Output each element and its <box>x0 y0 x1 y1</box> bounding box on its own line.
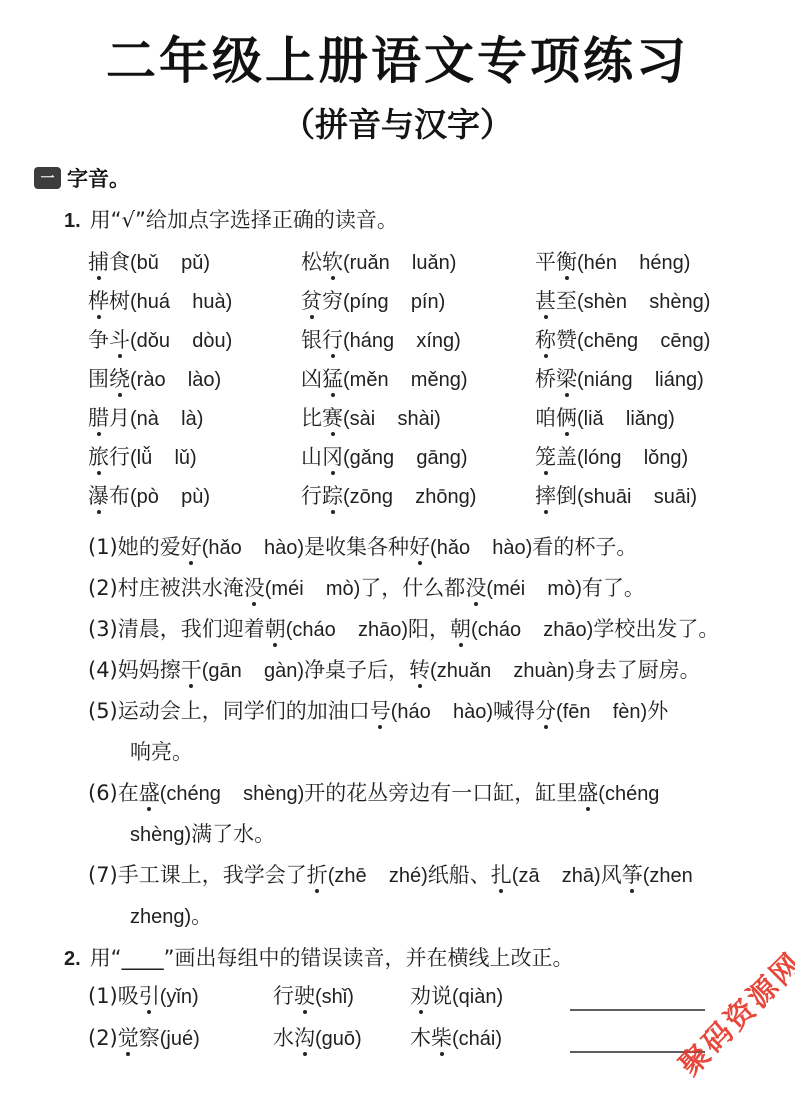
pinyin-options: (chái) <box>452 1028 502 1050</box>
char: 至 <box>556 289 577 313</box>
sentence: (1)她的爱好(hǎo hào)是收集各种好(hǎo hào)看的杯子。 <box>88 527 795 568</box>
word-entry: 咱俩(liǎ liǎng) <box>535 399 795 438</box>
char: 察 <box>139 1026 160 1050</box>
pinyin-options: (měn měng) <box>343 369 467 391</box>
dotted-char: 踪 <box>322 484 343 508</box>
char: 水 <box>273 1026 294 1050</box>
question-1-number: 1. <box>64 210 81 232</box>
word-entry: 行驶(shǐ) <box>273 975 410 1018</box>
dotted-char: 引 <box>139 984 160 1008</box>
pinyin-options: (chéng <box>598 783 659 805</box>
sentence-text: (4)妈妈擦 <box>88 658 181 682</box>
word-entry: 称赞(chēng cēng) <box>535 321 795 360</box>
pinyin-options: (zōng zhōng) <box>343 486 476 508</box>
dotted-char: 捕 <box>88 250 109 274</box>
dotted-char: 分 <box>535 699 556 723</box>
sentence-list: (1)她的爱好(hǎo hào)是收集各种好(hǎo hào)看的杯子。(2)村… <box>88 527 795 937</box>
sentence-line: (2)村庄被洪水淹没(méi mò)了，什么都没(méi mò)有了。 <box>88 568 795 609</box>
pinyin-options: (guō) <box>315 1028 362 1050</box>
sentence-text: (5)运动会上，同学们的加油口 <box>88 699 370 723</box>
dotted-char: 觉 <box>118 1026 139 1050</box>
section-number-badge: 一 <box>34 167 61 189</box>
pinyin-options: (háng xíng) <box>343 330 461 352</box>
word-grid: 捕食(bǔ pǔ)松软(ruǎn luǎn)平衡(hén héng)桦树(huá… <box>88 243 795 516</box>
sentence-text: 阳， <box>408 617 450 641</box>
pinyin-options: (sài shài) <box>343 408 441 430</box>
dotted-char: 柴 <box>431 1026 452 1050</box>
dotted-char: 没 <box>244 576 265 600</box>
char: 平 <box>535 250 556 274</box>
dotted-char: 行 <box>322 328 343 352</box>
dotted-char: 没 <box>465 576 486 600</box>
dotted-char: 扎 <box>491 863 512 887</box>
sentence-text: 看的杯子。 <box>532 535 637 559</box>
pinyin-options: (niáng liáng) <box>577 369 704 391</box>
question-2-number: 2. <box>64 948 81 970</box>
char: 凶 <box>301 367 322 391</box>
pinyin-options: (zā zhā) <box>512 865 601 887</box>
question-2-prompt: 2.用“____”画出每组中的错误读音，并在横线上改正。 <box>64 944 795 973</box>
sentence-line: (3)清晨，我们迎着朝(cháo zhāo)阳，朝(cháo zhāo)学校出发… <box>88 609 795 650</box>
sentence-text: 外 <box>647 699 668 723</box>
sentence-text: 喊得 <box>493 699 535 723</box>
sentence: (5)运动会上，同学们的加油口号(háo hào)喊得分(fēn fèn)外响亮… <box>88 691 795 773</box>
dotted-char: 俩 <box>556 406 577 430</box>
dotted-char: 笼 <box>535 445 556 469</box>
word-entry: (1)吸引(yǐn) <box>88 975 273 1018</box>
pinyin-options: (cháo zhāo) <box>286 619 408 641</box>
pinyin-options: (ruǎn luǎn) <box>343 252 456 274</box>
word-entry: 凶猛(měn měng) <box>301 360 535 399</box>
word-entry: 摔倒(shuāi suāi) <box>535 477 795 516</box>
sentence-text: 了，什么都 <box>360 576 465 600</box>
char: 盖 <box>556 445 577 469</box>
dotted-char: 转 <box>409 658 430 682</box>
pinyin-options: (zhen <box>643 865 693 887</box>
pinyin-options: (chēng cēng) <box>577 330 710 352</box>
pinyin-options: (zhuǎn zhuàn) <box>430 660 575 682</box>
dotted-char: 瀑 <box>88 484 109 508</box>
dotted-char: 斗 <box>109 328 130 352</box>
dotted-char: 绕 <box>109 367 130 391</box>
pinyin-options: (hǎo hào) <box>430 537 532 559</box>
dotted-char: 梁 <box>556 367 577 391</box>
word-entry: 瀑布(pò pù) <box>88 477 301 516</box>
word-entry: 甚至(shèn shèng) <box>535 282 795 321</box>
word-entry: 旅行(lǚ lǔ) <box>88 438 301 477</box>
dotted-char: 折 <box>307 863 328 887</box>
pinyin-options: (jué) <box>160 1028 200 1050</box>
pinyin-options: (huá huà) <box>130 291 232 313</box>
sentence-line: (1)她的爱好(hǎo hào)是收集各种好(hǎo hào)看的杯子。 <box>88 527 795 568</box>
word-entry: 围绕(rào lào) <box>88 360 301 399</box>
sentence-text: 满了水。 <box>191 822 275 846</box>
dotted-char: 猛 <box>322 367 343 391</box>
q2-row: (2)觉察(jué)水沟(guō)木柴(chái) <box>88 1017 795 1059</box>
char: 穷 <box>322 289 343 313</box>
word-entry: (2)觉察(jué) <box>88 1017 273 1060</box>
word-entry: 争斗(dǒu dòu) <box>88 321 301 360</box>
char: 争 <box>88 328 109 352</box>
word-entry: 松软(ruǎn luǎn) <box>301 243 535 282</box>
pinyin-options: (qiàn) <box>452 986 503 1008</box>
dotted-char: 旅 <box>88 445 109 469</box>
pinyin-options: zheng) <box>130 906 191 928</box>
sentence-text: 纸船、 <box>428 863 491 887</box>
sentence-line: (6)在盛(chéng shèng)开的花丛旁边有一口缸，缸里盛(chéng <box>88 773 795 814</box>
pinyin-options: (shuāi suāi) <box>577 486 697 508</box>
word-entry: 银行(háng xíng) <box>301 321 535 360</box>
page-subtitle: （拼音与汉字） <box>0 105 795 145</box>
dotted-char: 盛 <box>577 781 598 805</box>
char: 树 <box>109 289 130 313</box>
char: 山 <box>301 445 322 469</box>
question-1-prompt: 1.用“√”给加点字选择正确的读音。 <box>64 206 795 235</box>
page-title: 二年级上册语文专项练习 <box>0 0 795 91</box>
sentence-text: (7)手工课上，我学会了 <box>88 863 307 887</box>
sentence-text: 。 <box>191 904 212 928</box>
dotted-char: 赛 <box>322 406 343 430</box>
sentence-text: 身去了厨房。 <box>575 658 701 682</box>
pinyin-options: (liǎ liǎng) <box>577 408 675 430</box>
sentence-text: 净桌子后， <box>304 658 409 682</box>
sentence-text: 是收集各种 <box>304 535 409 559</box>
sentence-line: shèng)满了水。 <box>130 814 795 855</box>
sentence-text: 学校出发了。 <box>593 617 719 641</box>
char: 月 <box>109 406 130 430</box>
dotted-char: 称 <box>535 328 556 352</box>
sentence-line: (4)妈妈擦干(gān gàn)净桌子后，转(zhuǎn zhuàn)身去了厨房… <box>88 650 795 691</box>
sentence-text: (6)在 <box>88 781 139 805</box>
word-entry: 腊月(nà là) <box>88 399 301 438</box>
char: 倒 <box>556 484 577 508</box>
sentence: (6)在盛(chéng shèng)开的花丛旁边有一口缸，缸里盛(chéngsh… <box>88 773 795 855</box>
word-entry: 桥梁(niáng liáng) <box>535 360 795 399</box>
char: 桥 <box>535 367 556 391</box>
char: 木 <box>410 1026 431 1050</box>
word-entry: 桦树(huá huà) <box>88 282 301 321</box>
dotted-char: 甚 <box>535 289 556 313</box>
sentence: (4)妈妈擦干(gān gàn)净桌子后，转(zhuǎn zhuàn)身去了厨房… <box>88 650 795 691</box>
pinyin-options: (fēn fèn) <box>556 701 647 723</box>
question-1-text: 用“√”给加点字选择正确的读音。 <box>90 208 398 232</box>
dotted-char: 驶 <box>294 984 315 1008</box>
sentence-text: (1)她的爱 <box>88 535 181 559</box>
dotted-char: 沟 <box>294 1026 315 1050</box>
pinyin-options: (zhē zhé) <box>328 865 428 887</box>
pinyin-options: (yǐn) <box>160 986 199 1008</box>
pinyin-options: (bǔ pǔ) <box>130 252 210 274</box>
sentence: (3)清晨，我们迎着朝(cháo zhāo)阳，朝(cháo zhāo)学校出发… <box>88 609 795 650</box>
dotted-char: 软 <box>322 250 343 274</box>
dotted-char: 腊 <box>88 406 109 430</box>
dotted-char: 冈 <box>322 445 343 469</box>
word-entry: 平衡(hén héng) <box>535 243 795 282</box>
dotted-char: 筝 <box>622 863 643 887</box>
pinyin-options: (lǚ lǔ) <box>130 447 197 469</box>
char: 松 <box>301 250 322 274</box>
word-entry: 笼盖(lóng lǒng) <box>535 438 795 477</box>
pinyin-options: (chéng shèng) <box>160 783 305 805</box>
pinyin-options: (háo hào) <box>391 701 493 723</box>
word-entry: 捕食(bǔ pǔ) <box>88 243 301 282</box>
item-number: (1) <box>88 984 118 1008</box>
dotted-char: 桦 <box>88 289 109 313</box>
answer-blank <box>570 1051 705 1053</box>
pinyin-options: (gān gàn) <box>202 660 304 682</box>
pinyin-options: (gǎng gāng) <box>343 447 468 469</box>
pinyin-options: shèng) <box>130 824 191 846</box>
char: 咱 <box>535 406 556 430</box>
word-entry: 比赛(sài shài) <box>301 399 535 438</box>
sentence-text: 开的花丛旁边有一口缸，缸里 <box>304 781 577 805</box>
word-entry: 贫穷(píng pín) <box>301 282 535 321</box>
char: 银 <box>301 328 322 352</box>
dotted-char: 好 <box>409 535 430 559</box>
answer-blank <box>570 1009 705 1011</box>
pinyin-options: (hǎo hào) <box>202 537 304 559</box>
pinyin-options: (rào lào) <box>130 369 221 391</box>
pinyin-options: (shèn shèng) <box>577 291 710 313</box>
char: 行 <box>273 984 294 1008</box>
dotted-char: 好 <box>181 535 202 559</box>
q2-row: (1)吸引(yǐn)行驶(shǐ)劝说(qiàn) <box>88 975 795 1017</box>
dotted-char: 号 <box>370 699 391 723</box>
pinyin-options: (shǐ) <box>315 986 354 1008</box>
dotted-char: 盛 <box>139 781 160 805</box>
pinyin-options: (dǒu dòu) <box>130 330 232 352</box>
pinyin-options: (méi mò) <box>265 578 361 600</box>
char: 说 <box>431 984 452 1008</box>
word-entry: 山冈(gǎng gāng) <box>301 438 535 477</box>
dotted-char: 贫 <box>301 289 322 313</box>
sentence-line: (7)手工课上，我学会了折(zhē zhé)纸船、扎(zā zhā)风筝(zhe… <box>88 855 795 896</box>
dotted-char: 干 <box>181 658 202 682</box>
sentence: (2)村庄被洪水淹没(méi mò)了，什么都没(méi mò)有了。 <box>88 568 795 609</box>
item-number: (2) <box>88 1026 118 1050</box>
sentence-text: 有了。 <box>582 576 645 600</box>
pinyin-options: (lóng lǒng) <box>577 447 688 469</box>
pinyin-options: (pò pù) <box>130 486 210 508</box>
dotted-char: 劝 <box>410 984 431 1008</box>
char: 围 <box>88 367 109 391</box>
word-entry: 行踪(zōng zhōng) <box>301 477 535 516</box>
question-2-text: 用“____”画出每组中的错误读音，并在横线上改正。 <box>90 946 574 970</box>
char: 比 <box>301 406 322 430</box>
sentence-text: 响亮。 <box>130 740 193 764</box>
q2-rows: (1)吸引(yǐn)行驶(shǐ)劝说(qiàn)(2)觉察(jué)水沟(gu… <box>88 975 795 1059</box>
char: 吸 <box>118 984 139 1008</box>
sentence-line: 响亮。 <box>130 732 795 773</box>
dotted-char: 朝 <box>265 617 286 641</box>
sentence-line: (5)运动会上，同学们的加油口号(háo hào)喊得分(fēn fèn)外 <box>88 691 795 732</box>
dotted-char: 朝 <box>450 617 471 641</box>
sentence-text: (2)村庄被洪水淹 <box>88 576 244 600</box>
char: 布 <box>109 484 130 508</box>
word-entry: 劝说(qiàn) <box>410 975 570 1018</box>
sentence-text: 风 <box>601 863 622 887</box>
sentence-line: zheng)。 <box>130 896 795 937</box>
word-entry: 木柴(chái) <box>410 1017 570 1060</box>
char: 赞 <box>556 328 577 352</box>
pinyin-options: (méi mò) <box>486 578 582 600</box>
pinyin-options: (hén héng) <box>577 252 690 274</box>
char: 食 <box>109 250 130 274</box>
sentence: (7)手工课上，我学会了折(zhē zhé)纸船、扎(zā zhā)风筝(zhe… <box>88 855 795 937</box>
pinyin-options: (cháo zhāo) <box>471 619 593 641</box>
word-entry: 水沟(guō) <box>273 1017 410 1060</box>
section-label: 字音。 <box>67 163 130 193</box>
pinyin-options: (nà là) <box>130 408 203 430</box>
dotted-char: 衡 <box>556 250 577 274</box>
section-header: 一 字音。 <box>34 163 795 193</box>
char: 行 <box>109 445 130 469</box>
char: 行 <box>301 484 322 508</box>
dotted-char: 摔 <box>535 484 556 508</box>
pinyin-options: (píng pín) <box>343 291 445 313</box>
sentence-text: (3)清晨，我们迎着 <box>88 617 265 641</box>
worksheet-page: 二年级上册语文专项练习 （拼音与汉字） 一 字音。 1.用“√”给加点字选择正确… <box>0 0 795 1113</box>
